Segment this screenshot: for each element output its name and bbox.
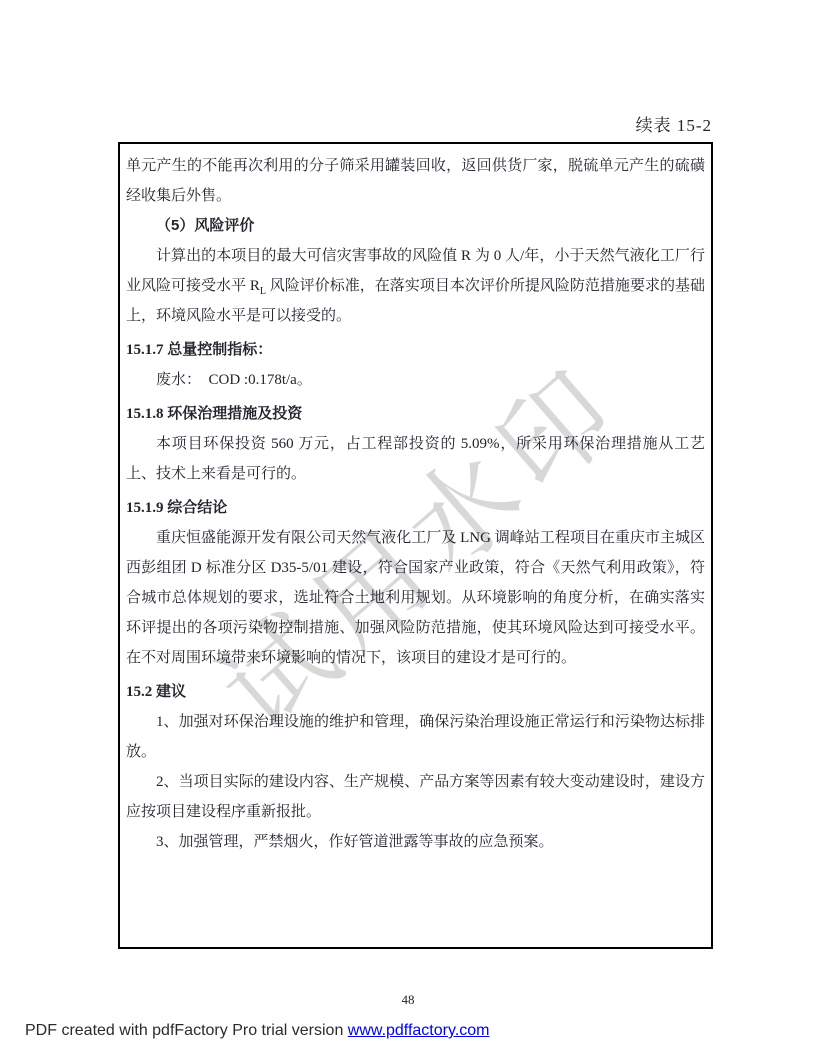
risk-evaluation-paragraph: 计算出的本项目的最大可信灾害事故的风险值 R 为 0 人/年，小于天然气液化工厂…	[126, 241, 705, 331]
risk-evaluation-heading: （5）风险评价	[126, 211, 705, 241]
section-number: 15.2	[126, 684, 152, 700]
section-number: 15.1.8	[126, 406, 164, 422]
pdf-footer-text: PDF created with pdfFactory Pro trial ve…	[25, 1022, 348, 1039]
section-paragraph: 废水： COD :0.178t/a。	[126, 365, 705, 395]
section-paragraph: 重庆恒盛能源开发有限公司天然气液化工厂及 LNG 调峰站工程项目在重庆市主城区西…	[126, 523, 705, 673]
section-heading-15-1-8: 15.1.8 环保治理措施及投资	[126, 399, 705, 429]
section-number: 15.1.7	[126, 342, 164, 358]
section-heading-15-1-7: 15.1.7 总量控制指标：	[126, 335, 705, 365]
pdf-footer: PDF created with pdfFactory Pro trial ve…	[25, 1022, 489, 1040]
section-heading-15-2: 15.2 建议	[126, 677, 705, 707]
section-title: 环保治理措施及投资	[167, 405, 302, 422]
section-title: 总量控制指标：	[167, 341, 272, 358]
continued-paragraph: 单元产生的不能再次利用的分子筛采用罐装回收，返回供货厂家，脱硫单元产生的硫磺经收…	[126, 151, 705, 211]
suggestion-item-1: 1、加强对环保治理设施的维护和管理，确保污染治理设施正常运行和污染物达标排放。	[126, 707, 705, 767]
suggestion-item-3: 3、加强管理，严禁烟火，作好管道泄露等事故的应急预案。	[126, 827, 705, 857]
section-number: 15.1.9	[126, 500, 164, 516]
page-number: 48	[0, 992, 816, 1008]
section-title: 综合结论	[167, 499, 227, 516]
section-paragraph: 本项目环保投资 560 万元，占工程部投资的 5.09%，所采用环保治理措施从工…	[126, 429, 705, 489]
table-continuation-caption: 续表 15-2	[636, 111, 712, 136]
section-heading-15-1-9: 15.1.9 综合结论	[126, 493, 705, 523]
content-box: 试用水印 单元产生的不能再次利用的分子筛采用罐装回收，返回供货厂家，脱硫单元产生…	[118, 142, 713, 949]
suggestion-item-2: 2、当项目实际的建设内容、生产规模、产品方案等因素有较大变动建设时，建设方应按项…	[126, 767, 705, 827]
document-page: 续表 15-2 试用水印 单元产生的不能再次利用的分子筛采用罐装回收，返回供货厂…	[0, 0, 816, 1056]
section-title: 建议	[156, 683, 186, 700]
pdffactory-link[interactable]: www.pdffactory.com	[348, 1022, 490, 1039]
